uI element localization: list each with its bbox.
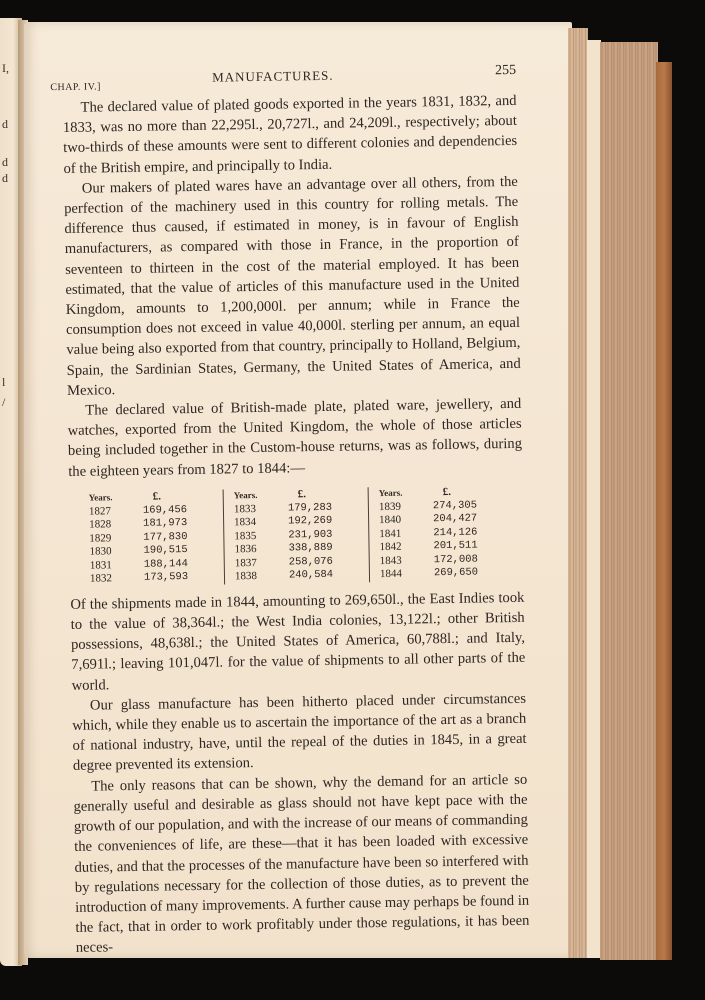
pounds-header: £. xyxy=(433,485,503,500)
table-value-cell: 190,515 xyxy=(143,544,213,559)
table-column-group: Years.183918401841184218431844£.274,3052… xyxy=(368,485,514,582)
table-value-cell: 201,511 xyxy=(433,539,503,554)
table-value-cell: 269,650 xyxy=(434,566,504,581)
pounds-header: £. xyxy=(143,490,213,505)
paragraph: Our makers of plated wares have an advan… xyxy=(64,172,521,401)
table-year-cell: 1833 xyxy=(234,503,276,517)
left-page-text-fragment: l xyxy=(2,376,5,388)
paragraph: Our glass manufacture has been hitherto … xyxy=(72,689,527,777)
page-block-edge-back xyxy=(600,42,658,960)
table-value-cell: 169,456 xyxy=(143,504,213,519)
years-header: Years. xyxy=(89,491,131,506)
table-value-cell: 179,283 xyxy=(288,501,358,516)
table-value-cell: 231,903 xyxy=(288,528,358,543)
table-year-cell: 1828 xyxy=(89,518,131,532)
page-text-block: CHAP. IV.] MANUFACTURES. 255 The declare… xyxy=(62,63,530,959)
table-year-cell: 1827 xyxy=(89,505,131,519)
paragraph: The declared value of plated goods expor… xyxy=(62,91,517,179)
table-year-cell: 1830 xyxy=(89,545,131,559)
left-page-text-fragment: I, xyxy=(2,62,9,74)
table-value-cell: 172,008 xyxy=(434,553,504,568)
table-year-cell: 1843 xyxy=(380,554,422,568)
pounds-header: £. xyxy=(288,487,358,502)
left-page-text-fragment: / xyxy=(2,396,5,408)
chapter-label: CHAP. IV.] xyxy=(50,77,101,98)
table-year-cell: 1834 xyxy=(234,516,276,530)
table-value-cell: 188,144 xyxy=(144,558,214,573)
table-year-cell: 1829 xyxy=(89,532,131,546)
table-year-cell: 1838 xyxy=(235,570,277,584)
table-value-cell: 258,076 xyxy=(289,555,359,570)
table-value-cell: 240,584 xyxy=(289,569,359,584)
table-year-cell: 1832 xyxy=(90,572,132,586)
page-number: 255 xyxy=(495,61,516,82)
table-year-cell: 1840 xyxy=(379,514,421,528)
left-page-text-fragment: d xyxy=(2,118,8,130)
body-before-table: The declared value of plated goods expor… xyxy=(62,91,522,482)
years-header: Years. xyxy=(234,489,276,504)
table-year-cell: 1837 xyxy=(235,557,277,571)
book-cover-edge xyxy=(656,62,672,960)
table-year-cell: 1839 xyxy=(379,500,421,514)
table-value-cell: 181,973 xyxy=(143,517,213,532)
table-year-cell: 1842 xyxy=(379,541,421,555)
table-year-cell: 1836 xyxy=(234,543,276,557)
years-header: Years. xyxy=(379,486,421,501)
paragraph: Of the shipments made in 1844, amounting… xyxy=(70,588,526,696)
page-block-edge-light xyxy=(587,40,601,958)
body-after-table: Of the shipments made in 1844, amounting… xyxy=(70,588,530,959)
left-page-text-fragment: d xyxy=(2,156,8,168)
page-block-edge xyxy=(568,28,588,958)
export-table: Years.182718281829183018311832£.169,4561… xyxy=(79,485,524,587)
table-year-cell: 1844 xyxy=(380,568,422,582)
paragraph: The only reasons that can be shown, why … xyxy=(73,769,530,958)
table-year-cell: 1841 xyxy=(379,527,421,541)
table-year-cell: 1831 xyxy=(90,559,132,573)
paragraph: The declared value of British-made plate… xyxy=(67,394,522,482)
table-value-cell: 214,126 xyxy=(433,526,503,541)
left-page-text-fragment: d xyxy=(2,172,8,184)
table-value-cell: 192,269 xyxy=(288,515,358,530)
table-year-cell: 1835 xyxy=(234,530,276,544)
page-title: MANUFACTURES. xyxy=(212,66,334,88)
table-column-group: Years.183318341835183618371838£.179,2831… xyxy=(223,487,369,584)
table-value-cell: 173,593 xyxy=(144,571,214,586)
table-value-cell: 338,889 xyxy=(288,542,358,557)
table-value-cell: 204,427 xyxy=(433,512,503,527)
table-column-group: Years.182718281829183018311832£.169,4561… xyxy=(79,489,224,586)
table-value-cell: 177,830 xyxy=(143,531,213,546)
table-value-cell: 274,305 xyxy=(433,499,503,514)
